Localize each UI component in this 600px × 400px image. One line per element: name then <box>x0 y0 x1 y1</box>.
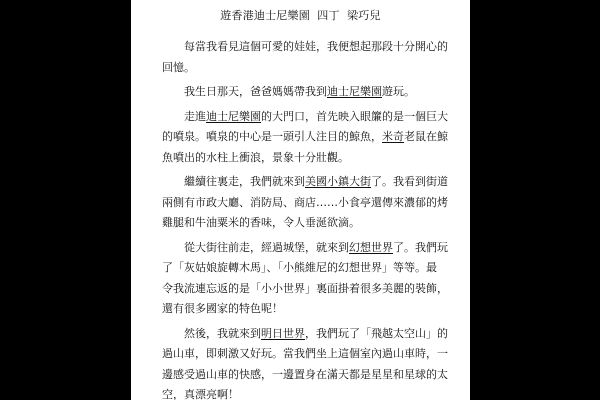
text-line: 兩側有市政大廳、消防局、商店……小食亭還傳來濃郁的烤 <box>162 193 442 214</box>
text-line: 過山車，即刺激又好玩。當我們坐上這個室內過山車時，一 <box>162 344 442 365</box>
text-segment: 空，真漂亮啊！ <box>162 388 239 400</box>
text-segment: 的噴泉。噴泉的中心是一頭引人注目的鯨魚， <box>162 130 382 143</box>
text-segment: 我生日那天，爸爸媽媽帶我到 <box>184 85 327 98</box>
paragraph: 走進迪士尼樂園的大門口，首先映入眼簾的是一個巨大的噴泉。噴泉的中心是一頭引人注目… <box>162 107 442 169</box>
text-segment: 回憶。 <box>162 61 195 74</box>
text-line: 邊感受過山車的快感，一邊置身在滿天都是星星和星球的太 <box>162 365 442 386</box>
text-line: 空，真漂亮啊！ <box>162 385 442 400</box>
text-line: 然後，我就來到明日世界，我們玩了「飛越太空山」的 <box>162 324 442 345</box>
proper-noun-underlined: 明日世界 <box>261 327 305 340</box>
text-line: 每當我看見這個可愛的娃娃，我便想起那段十分開心的 <box>162 37 442 58</box>
text-segment: 兩側有市政大廳、消防局、商店……小食亭還傳來濃郁的烤 <box>162 196 448 209</box>
text-segment: 每當我看見這個可愛的娃娃，我便想起那段十分開心的 <box>184 40 448 53</box>
document-body: 每當我看見這個可愛的娃娃，我便想起那段十分開心的回憶。我生日那天，爸爸媽媽帶我到… <box>162 37 442 400</box>
text-segment: 過山車，即刺激又好玩。當我們坐上這個室內過山車時，一 <box>162 347 448 360</box>
text-segment: 魚噴出的水柱上衝浪，景象十分壯觀。 <box>162 151 349 164</box>
text-line: 回憶。 <box>162 58 442 79</box>
text-segment: 老鼠在鯨 <box>404 130 448 143</box>
text-line: 令我流連忘返的是「小小世界」裏面掛着很多美麗的裝飾， <box>162 279 442 300</box>
text-segment: 的大門口，首先映入眼簾的是一個巨大 <box>261 110 448 123</box>
text-line: 繼續往裏走，我們就來到美國小鎮大街了。我看到街道 <box>162 172 442 193</box>
text-segment: ，我們玩了「飛越太空山」的 <box>305 327 448 340</box>
paragraph: 我生日那天，爸爸媽媽帶我到迪士尼樂園遊玩。 <box>162 82 442 103</box>
paragraph: 然後，我就來到明日世界，我們玩了「飛越太空山」的過山車，即刺激又好玩。當我們坐上… <box>162 324 442 400</box>
proper-noun-underlined: 迪士尼樂園 <box>327 85 382 98</box>
proper-noun-underlined: 迪士尼樂園 <box>206 110 261 123</box>
proper-noun-underlined: 美國小鎮大街 <box>305 175 371 188</box>
proper-noun-underlined: 米奇 <box>382 130 404 143</box>
text-line: 還有很多國家的特色呢！ <box>162 299 442 320</box>
text-line: 從大街往前走，經過城堡，就來到幻想世界了。我們玩 <box>162 238 442 259</box>
text-line: 走進迪士尼樂園的大門口，首先映入眼簾的是一個巨大 <box>162 107 442 128</box>
document-page: 遊香港迪士尼樂園 四丁 梁巧兒 每當我看見這個可愛的娃娃，我便想起那段十分開心的… <box>131 0 470 400</box>
proper-noun-underlined: 幻想世界 <box>349 241 393 254</box>
paragraph: 每當我看見這個可愛的娃娃，我便想起那段十分開心的回憶。 <box>162 37 442 78</box>
text-segment: 走進 <box>184 110 206 123</box>
text-line: 的噴泉。噴泉的中心是一頭引人注目的鯨魚，米奇老鼠在鯨 <box>162 127 442 148</box>
document-title: 遊香港迪士尼樂園 四丁 梁巧兒 <box>131 7 470 23</box>
paragraph: 繼續往裏走，我們就來到美國小鎮大街了。我看到街道兩側有市政大廳、消防局、商店……… <box>162 172 442 234</box>
text-segment: 令我流連忘返的是「小小世界」裏面掛着很多美麗的裝飾， <box>162 282 448 295</box>
text-segment: 了。我們玩 <box>393 241 448 254</box>
text-segment: 然後，我就來到 <box>184 327 261 340</box>
text-line: 了「灰姑娘旋轉木馬」、「小熊維尼的幻想世界」等等。最 <box>162 258 442 279</box>
text-segment: 了。我看到街道 <box>371 175 448 188</box>
text-line: 雞腿和牛油粟米的香味，令人垂涎欲滴。 <box>162 213 442 234</box>
text-segment: 繼續往裏走，我們就來到 <box>184 175 305 188</box>
text-segment: 從大街往前走，經過城堡，就來到 <box>184 241 349 254</box>
text-segment: 還有很多國家的特色呢！ <box>162 302 283 315</box>
text-segment: 雞腿和牛油粟米的香味，令人垂涎欲滴。 <box>162 216 360 229</box>
paragraph: 從大街往前走，經過城堡，就來到幻想世界了。我們玩了「灰姑娘旋轉木馬」、「小熊維尼… <box>162 238 442 320</box>
text-segment: 遊玩。 <box>382 85 415 98</box>
text-segment: 了「灰姑娘旋轉木馬」、「小熊維尼的幻想世界」等等。最 <box>162 261 437 274</box>
text-line: 我生日那天，爸爸媽媽帶我到迪士尼樂園遊玩。 <box>162 82 442 103</box>
text-line: 魚噴出的水柱上衝浪，景象十分壯觀。 <box>162 148 442 169</box>
text-segment: 邊感受過山車的快感，一邊置身在滿天都是星星和星球的太 <box>162 368 448 381</box>
